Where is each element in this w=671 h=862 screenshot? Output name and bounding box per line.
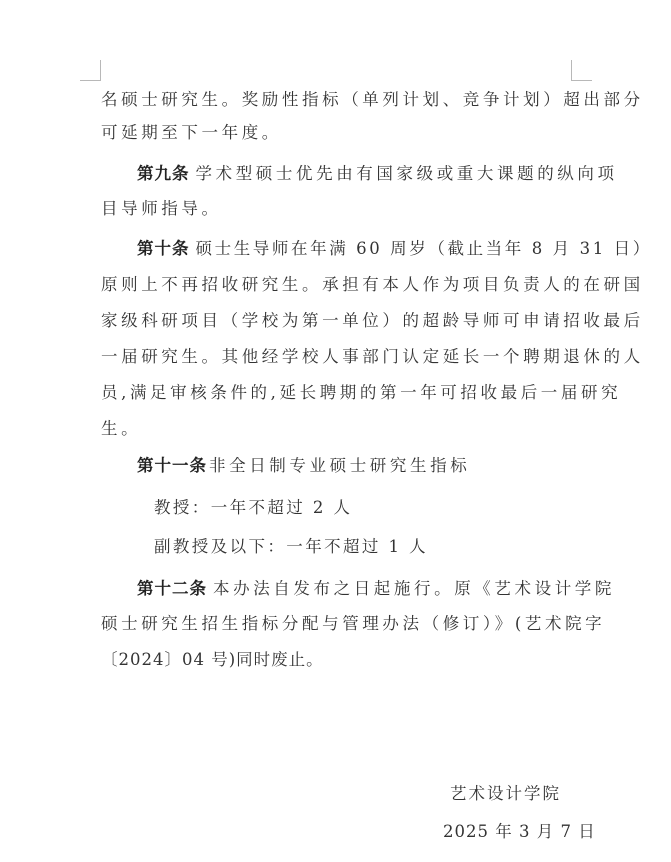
paragraph-line: 员,满足审核条件的,延长聘期的第一年可招收最后一届研究 xyxy=(101,382,581,404)
signature-date: 2025 年 3 月 7 日 xyxy=(443,821,596,843)
signature-org: 艺术设计学院 xyxy=(450,783,561,805)
margin-corner-mark-left xyxy=(80,60,101,81)
paragraph-line: 原则上不再招收研究生。承担有本人作为项目负责人的在研国 xyxy=(101,274,581,296)
article-11: 第十一条非全日制专业硕士研究生指标 xyxy=(137,455,617,477)
article-12: 第十二条本办法自发布之日起施行。原《艺术设计学院 xyxy=(137,578,617,600)
paragraph-line: 家级科研项目（学校为第一单位）的超龄导师可申请招收最后 xyxy=(101,310,581,332)
margin-corner-mark-right xyxy=(571,60,592,81)
article-text: 硕士生导师在年满 60 周岁（截止当年 8 月 31 日） xyxy=(196,239,652,258)
article-text: 本办法自发布之日起施行。原《艺术设计学院 xyxy=(213,579,615,598)
paragraph-line: 名硕士研究生。奖励性指标（单列计划、竞争计划）超出部分 xyxy=(101,89,581,111)
paragraph-line: 可延期至下一年度。 xyxy=(101,122,581,144)
article-label: 第九条 xyxy=(137,164,190,183)
article-text: 学术型硕士优先由有国家级或重大课题的纵向项 xyxy=(196,164,618,183)
paragraph-line: 〔2024〕04 号)同时废止。 xyxy=(101,649,581,671)
paragraph-line: 一届研究生。其他经学校人事部门认定延长一个聘期退休的人 xyxy=(101,346,581,368)
article-label: 第十二条 xyxy=(137,579,207,598)
article-9: 第九条学术型硕士优先由有国家级或重大课题的纵向项 xyxy=(137,163,617,185)
paragraph-line: 硕士研究生招生指标分配与管理办法（修订）》(艺术院字 xyxy=(101,613,581,635)
article-10: 第十条硕士生导师在年满 60 周岁（截止当年 8 月 31 日） xyxy=(137,238,617,260)
paragraph-line: 生。 xyxy=(101,418,581,440)
list-item: 副教授及以下：一年不超过 1 人 xyxy=(154,536,634,558)
article-text: 非全日制专业硕士研究生指标 xyxy=(209,456,470,475)
article-label: 第十一条 xyxy=(137,456,207,475)
article-label: 第十条 xyxy=(137,239,190,258)
paragraph-line: 目导师指导。 xyxy=(101,198,581,220)
list-item: 教授：一年不超过 2 人 xyxy=(154,497,634,519)
